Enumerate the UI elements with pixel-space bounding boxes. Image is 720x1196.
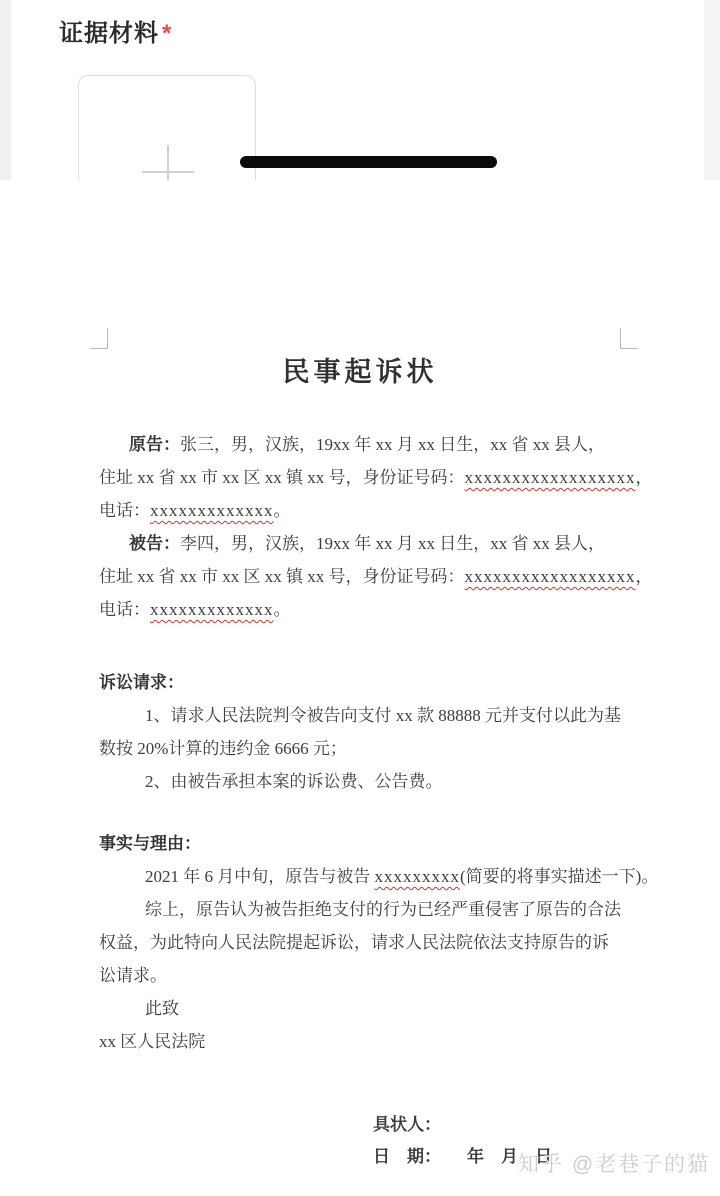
plaintiff-line-2: 住址 xx 省 xx 市 xx 区 xx 镇 xx 号，身份证号码：xxxxxx… <box>99 461 629 494</box>
facts-intro: 2021 年 6 月中旬，原告与被告 <box>145 867 375 886</box>
facts-note: (简要的将事实描述一下)。 <box>460 867 658 886</box>
defendant-info: 李四，男，汉族，19xx 年 xx 月 xx 日生，xx 省 xx 县人， <box>180 534 605 553</box>
facts-para2-line-1: 综上，原告认为被告拒绝支付的行为已经严重侵害了原告的合法 <box>99 893 629 926</box>
defendant-address: 住址 xx 省 xx 市 xx 区 xx 镇 xx 号，身份证号码： <box>99 567 465 586</box>
plaintiff-info: 张三，男，汉族，19xx 年 xx 月 xx 日生，xx 省 xx 县人， <box>180 435 605 454</box>
plaintiff-id-masked: xxxxxxxxxxxxxxxxxx <box>465 468 636 487</box>
evidence-upload-button[interactable] <box>78 75 256 180</box>
page-corner-mark-left <box>90 328 108 349</box>
zhihu-watermark: 知乎 @老巷子的猫 <box>518 1148 710 1178</box>
plaintiff-phone-label: 电话： <box>99 501 150 520</box>
defendant-line-2: 住址 xx 省 xx 市 xx 区 xx 镇 xx 号，身份证号码：xxxxxx… <box>99 560 629 593</box>
plaintiff-label: 原告： <box>129 435 180 454</box>
defendant-phone-masked: xxxxxxxxxxxxx <box>150 600 274 619</box>
facts-para2-line-2: 权益，为此特向人民法院提起诉讼，请求人民法院依法支持原告的诉 <box>99 926 629 959</box>
punct: ， <box>636 468 653 487</box>
facts-heading: 事实与理由： <box>99 827 629 860</box>
claimant-label: 具状人： <box>373 1109 552 1141</box>
plaintiff-address: 住址 xx 省 xx 市 xx 区 xx 镇 xx 号，身份证号码： <box>99 468 465 487</box>
punct: 。 <box>274 501 291 520</box>
evidence-form-section: 证据材料* <box>0 0 720 180</box>
punct: 。 <box>274 600 291 619</box>
court-name-line: xx 区人民法院 <box>99 1025 629 1058</box>
claim-item-2: 2、由被告承担本案的诉讼费、公告费。 <box>99 765 629 798</box>
document-body: 原告：张三，男，汉族，19xx 年 xx 月 xx 日生，xx 省 xx 县人，… <box>99 428 629 1058</box>
required-asterisk: * <box>162 20 172 47</box>
claim-item-1-line-2: 数按 20%计算的违约金 6666 元； <box>99 732 629 765</box>
plaintiff-line-1: 原告：张三，男，汉族，19xx 年 xx 月 xx 日生，xx 省 xx 县人， <box>99 428 629 461</box>
facts-masked: xxxxxxxxx <box>375 867 461 886</box>
evidence-materials-label-text: 证据材料 <box>59 20 159 47</box>
plaintiff-line-3: 电话：xxxxxxxxxxxxx。 <box>99 494 629 527</box>
punct: ， <box>636 567 653 586</box>
document-title: 民事起诉状 <box>0 350 720 389</box>
date-label: 日 期： <box>373 1147 441 1166</box>
facts-para2-line-3: 讼请求。 <box>99 959 629 992</box>
defendant-phone-label: 电话： <box>99 600 150 619</box>
facts-line-1: 2021 年 6 月中旬，原告与被告 xxxxxxxxx(简要的将事实描述一下)… <box>99 860 629 893</box>
left-edge-strip <box>0 0 11 180</box>
claim-item-1-line-1: 1、请求人民法院判令被告向支付 xx 款 88888 元并支付以此为基 <box>99 699 629 732</box>
salute-line: 此致 <box>99 992 629 1025</box>
defendant-id-masked: xxxxxxxxxxxxxxxxxx <box>465 567 636 586</box>
evidence-materials-label: 证据材料* <box>59 13 172 48</box>
defendant-line-3: 电话：xxxxxxxxxxxxx。 <box>99 593 629 626</box>
plus-icon <box>167 145 169 180</box>
civil-complaint-document: 民事起诉状 原告：张三，男，汉族，19xx 年 xx 月 xx 日生，xx 省 … <box>0 180 720 1196</box>
plaintiff-phone-masked: xxxxxxxxxxxxx <box>150 501 274 520</box>
right-edge-strip <box>704 0 720 180</box>
page-corner-mark-right <box>620 328 638 349</box>
defendant-line-1: 被告：李四，男，汉族，19xx 年 xx 月 xx 日生，xx 省 xx 县人， <box>99 527 629 560</box>
redaction-bar <box>240 156 497 168</box>
claims-heading: 诉讼请求： <box>99 666 629 699</box>
defendant-label: 被告： <box>129 534 180 553</box>
